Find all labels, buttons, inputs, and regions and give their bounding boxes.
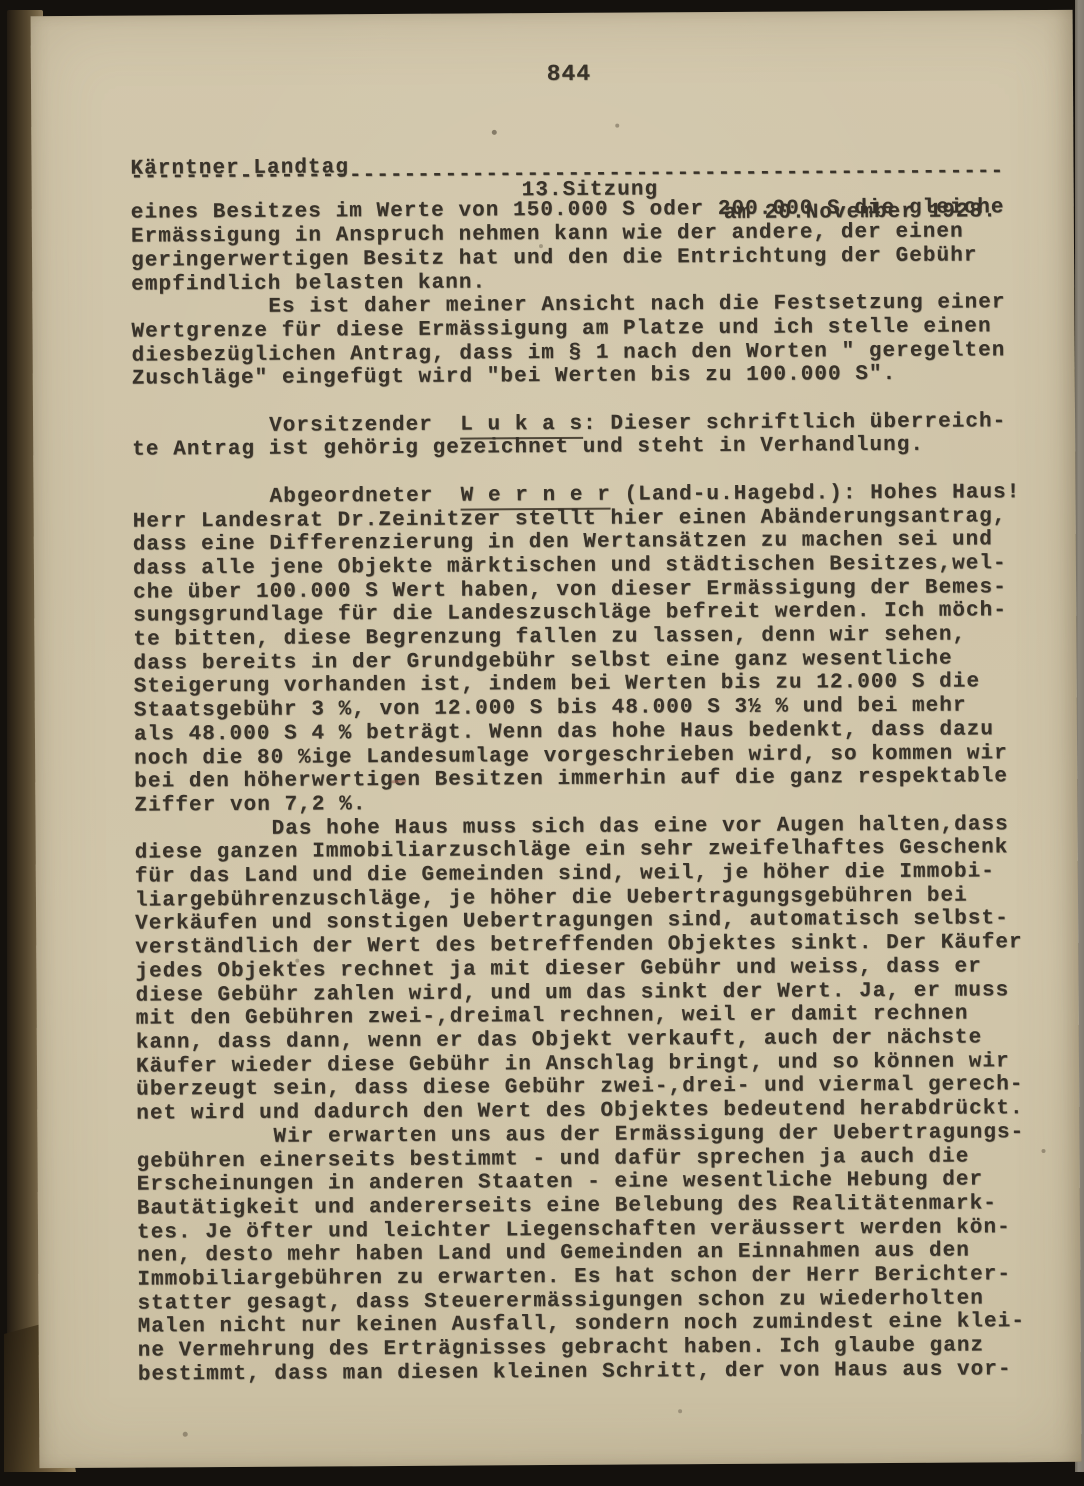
page-content: 844 Kärntner Landtag 13.Sitzung am 20.No… [130, 10, 1081, 1387]
session-header: Kärntner Landtag 13.Sitzung am 20.Novemb… [130, 129, 1073, 159]
body-text: eines Besitzes im Werte von 150.000 S od… [131, 196, 1081, 1387]
text-line: Zuschläge" eingefügt wird "bei Werten bi… [132, 362, 1075, 391]
paragraph: Vorsitzender L u k a s: Dieser schriftli… [132, 410, 1075, 463]
text-line: bestimmt, dass man diesen kleinen Schrit… [138, 1358, 1081, 1387]
header-session: 13.Sitzung [522, 178, 659, 203]
scanned-page: 844 Kärntner Landtag 13.Sitzung am 20.No… [31, 10, 1082, 1468]
paragraph: Es ist daher meiner Ansicht nach die Fes… [131, 291, 1075, 392]
header-institution: Kärntner Landtag [130, 157, 349, 182]
header-date: am 20.November 1928. [724, 200, 997, 225]
paragraph: Abgeordneter W e r n e r (Land-u.Hagebd.… [132, 481, 1077, 819]
speaker-text: (Land-u.Hagebd.): Hohes Haus! [611, 481, 1021, 507]
text-line: te Antrag ist gehörig gezeichnet und ste… [132, 433, 1075, 462]
page-number: 844 [130, 60, 1008, 89]
scan-specks [31, 16, 33, 18]
scan-background: { "colors": { "paper": "#cfc4a8", "ink":… [0, 0, 1084, 1486]
paragraph: Das hohe Haus muss sich das eine vor Aug… [134, 812, 1079, 1126]
speaker-text: : Dieser schriftlich überreich- [583, 410, 1006, 436]
speaker-prefix: Abgeordneter [269, 484, 460, 508]
paragraph: Wir erwarten uns aus der Ermässigung der… [136, 1121, 1081, 1387]
speaker-name-underlined: W e r n e r [461, 483, 611, 510]
speaker-prefix: Vorsitzender [269, 413, 460, 437]
